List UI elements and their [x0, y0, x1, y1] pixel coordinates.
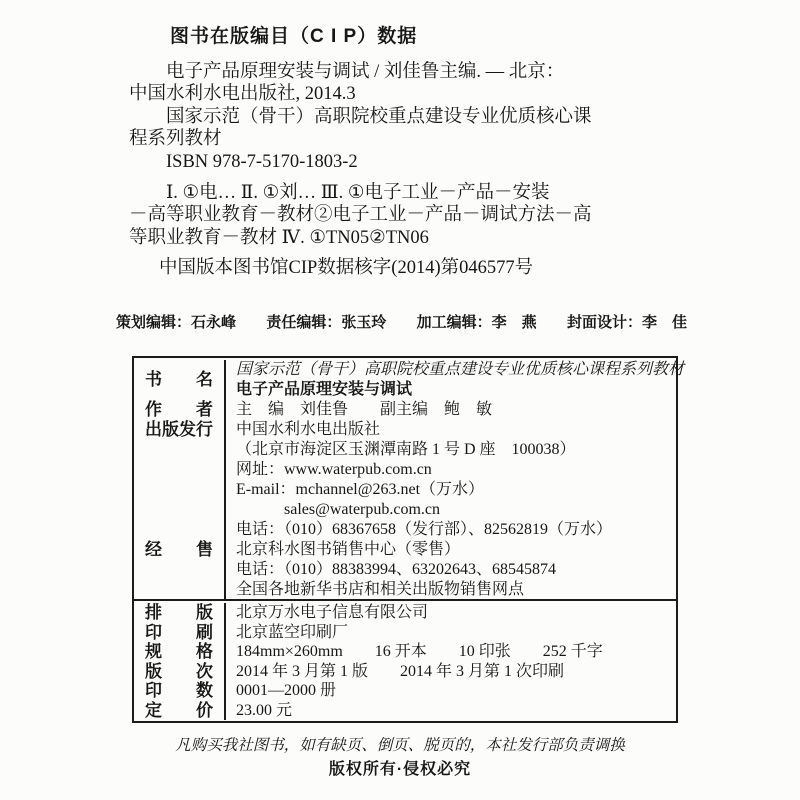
colophon-table-top-section: 书 名 国家示范（骨干）高职院校重点建设专业优质核心课程系列教材 电子产品原理安…	[134, 358, 676, 601]
format-value: 184mm×260mm 16 开本 10 印张 252 千字	[236, 642, 676, 662]
edition-value: 2014 年 3 月第 1 版 2014 年 3 月第 1 次印刷	[236, 662, 676, 682]
copyright-notice: 版权所有·侵权必究	[0, 756, 800, 779]
typesetting-value: 北京万水电子信息有限公司	[236, 603, 676, 623]
cip-line-series2: 程系列教材	[129, 128, 609, 150]
format-label: 规 格	[134, 642, 226, 662]
editors-line: 策划编辑：石永峰 责任编辑：张玉玲 加工编辑：李 燕 封面设计：李 佳	[116, 311, 687, 332]
colophon-table: 书 名 国家示范（骨干）高职院校重点建设专业优质核心课程系列教材 电子产品原理安…	[132, 356, 678, 723]
publisher-phone: 电话：（010）68367658（发行部）、82562819（万水）	[236, 520, 676, 540]
row-print-run: 印 数 0001—2000 册	[134, 681, 676, 701]
row-edition: 版 次 2014 年 3 月第 1 版 2014 年 3 月第 1 次印刷	[134, 662, 676, 682]
row-format: 规 格 184mm×260mm 16 开本 10 印张 252 千字	[134, 642, 676, 662]
cip-line-series: 国家示范（骨干）高职院校重点建设专业优质核心课	[129, 106, 609, 128]
publisher-email-2: sales@waterpub.com.cn	[236, 500, 676, 520]
copyright-page: 图书在版编目（C I P）数据 电子产品原理安装与调试 / 刘佳鲁主编. — 北…	[0, 0, 800, 800]
publisher-address: （北京市海淀区玉渊潭南路 1 号 D 座 100038）	[236, 440, 676, 460]
distribution-stores: 全国各地新华书店和相关出版物销售网点	[236, 580, 676, 600]
replacement-notice: 凡购买我社图书，如有缺页、倒页、脱页的，本社发行部负责调换	[0, 733, 800, 755]
cip-registry-number: 中国版本图书馆CIP数据核字(2014)第046577号	[129, 257, 609, 279]
row-book-name: 书 名 国家示范（骨干）高职院校重点建设专业优质核心课程系列教材 电子产品原理安…	[134, 360, 676, 400]
cip-classification: Ⅰ. ①电… Ⅱ. ①刘… Ⅲ. ①电子工业－产品－安装 －高等职业教育－教材②…	[129, 182, 609, 249]
typesetting-label: 排 版	[134, 603, 226, 623]
cip-line-publisher: 中国水利水电出版社, 2014.3	[129, 83, 609, 105]
author-label: 作 者	[134, 400, 226, 420]
cover-designer: 封面设计：李 佳	[567, 311, 687, 332]
colophon-table-bottom-section: 排 版 北京万水电子信息有限公司 印 刷 北京蓝空印刷厂 规 格	[134, 601, 676, 721]
price-label: 定 价	[134, 701, 226, 721]
print-run-label: 印 数	[134, 681, 226, 701]
isbn-line: ISBN 978-7-5170-1803-2	[129, 151, 609, 173]
printing-value: 北京蓝空印刷厂	[236, 623, 676, 643]
cip-block: 电子产品原理安装与调试 / 刘佳鲁主编. — 北京： 中国水利水电出版社, 20…	[129, 61, 609, 280]
distribution-label: 经 售	[134, 540, 226, 600]
publisher-name: 中国水利水电出版社	[236, 420, 676, 440]
edition-label: 版 次	[134, 662, 226, 682]
classification-line: 等职业教育－教材 Ⅳ. ①TN05②TN06	[129, 227, 609, 249]
printing-label: 印 刷	[134, 623, 226, 643]
processing-editor: 加工编辑：李 燕	[417, 311, 537, 332]
classification-line: －高等职业教育－教材②电子工业－产品－调试方法－高	[129, 204, 609, 226]
print-run-value: 0001—2000 册	[236, 681, 676, 701]
book-name-label: 书 名	[134, 360, 226, 400]
row-price: 定 价 23.00 元	[134, 701, 676, 721]
classification-line: Ⅰ. ①电… Ⅱ. ①刘… Ⅲ. ①电子工业－产品－安装	[129, 182, 609, 204]
book-title: 电子产品原理安装与调试	[236, 380, 676, 400]
publisher-email: E-mail：mchannel@263.net（万水）	[236, 480, 676, 500]
row-distribution: 经 售 北京科水图书销售中心（零售） 电话：（010）88383994、6320…	[134, 540, 676, 600]
author-value: 主 编 刘佳鲁 副主编 鲍 敏	[236, 400, 676, 420]
cip-title: 图书在版编目（C I P）数据	[170, 21, 417, 48]
distribution-phone: 电话：（010）88383994、63202643、68545874	[236, 560, 676, 580]
publisher-website: 网址：www.waterpub.com.cn	[236, 460, 676, 480]
distribution-center: 北京科水图书销售中心（零售）	[236, 540, 676, 560]
publisher-label: 出版发行	[134, 420, 226, 540]
price-value: 23.00 元	[236, 701, 676, 721]
cip-line-title: 电子产品原理安装与调试 / 刘佳鲁主编. — 北京：	[129, 61, 609, 83]
book-series: 国家示范（骨干）高职院校重点建设专业优质核心课程系列教材	[236, 360, 676, 380]
planning-editor: 策划编辑：石永峰	[116, 311, 236, 332]
row-publisher: 出版发行 中国水利水电出版社 （北京市海淀区玉渊潭南路 1 号 D 座 1000…	[134, 420, 676, 540]
row-author: 作 者 主 编 刘佳鲁 副主编 鲍 敏	[134, 400, 676, 420]
row-typesetting: 排 版 北京万水电子信息有限公司	[134, 603, 676, 623]
row-printing: 印 刷 北京蓝空印刷厂	[134, 623, 676, 643]
responsible-editor: 责任编辑：张玉玲	[266, 311, 386, 332]
